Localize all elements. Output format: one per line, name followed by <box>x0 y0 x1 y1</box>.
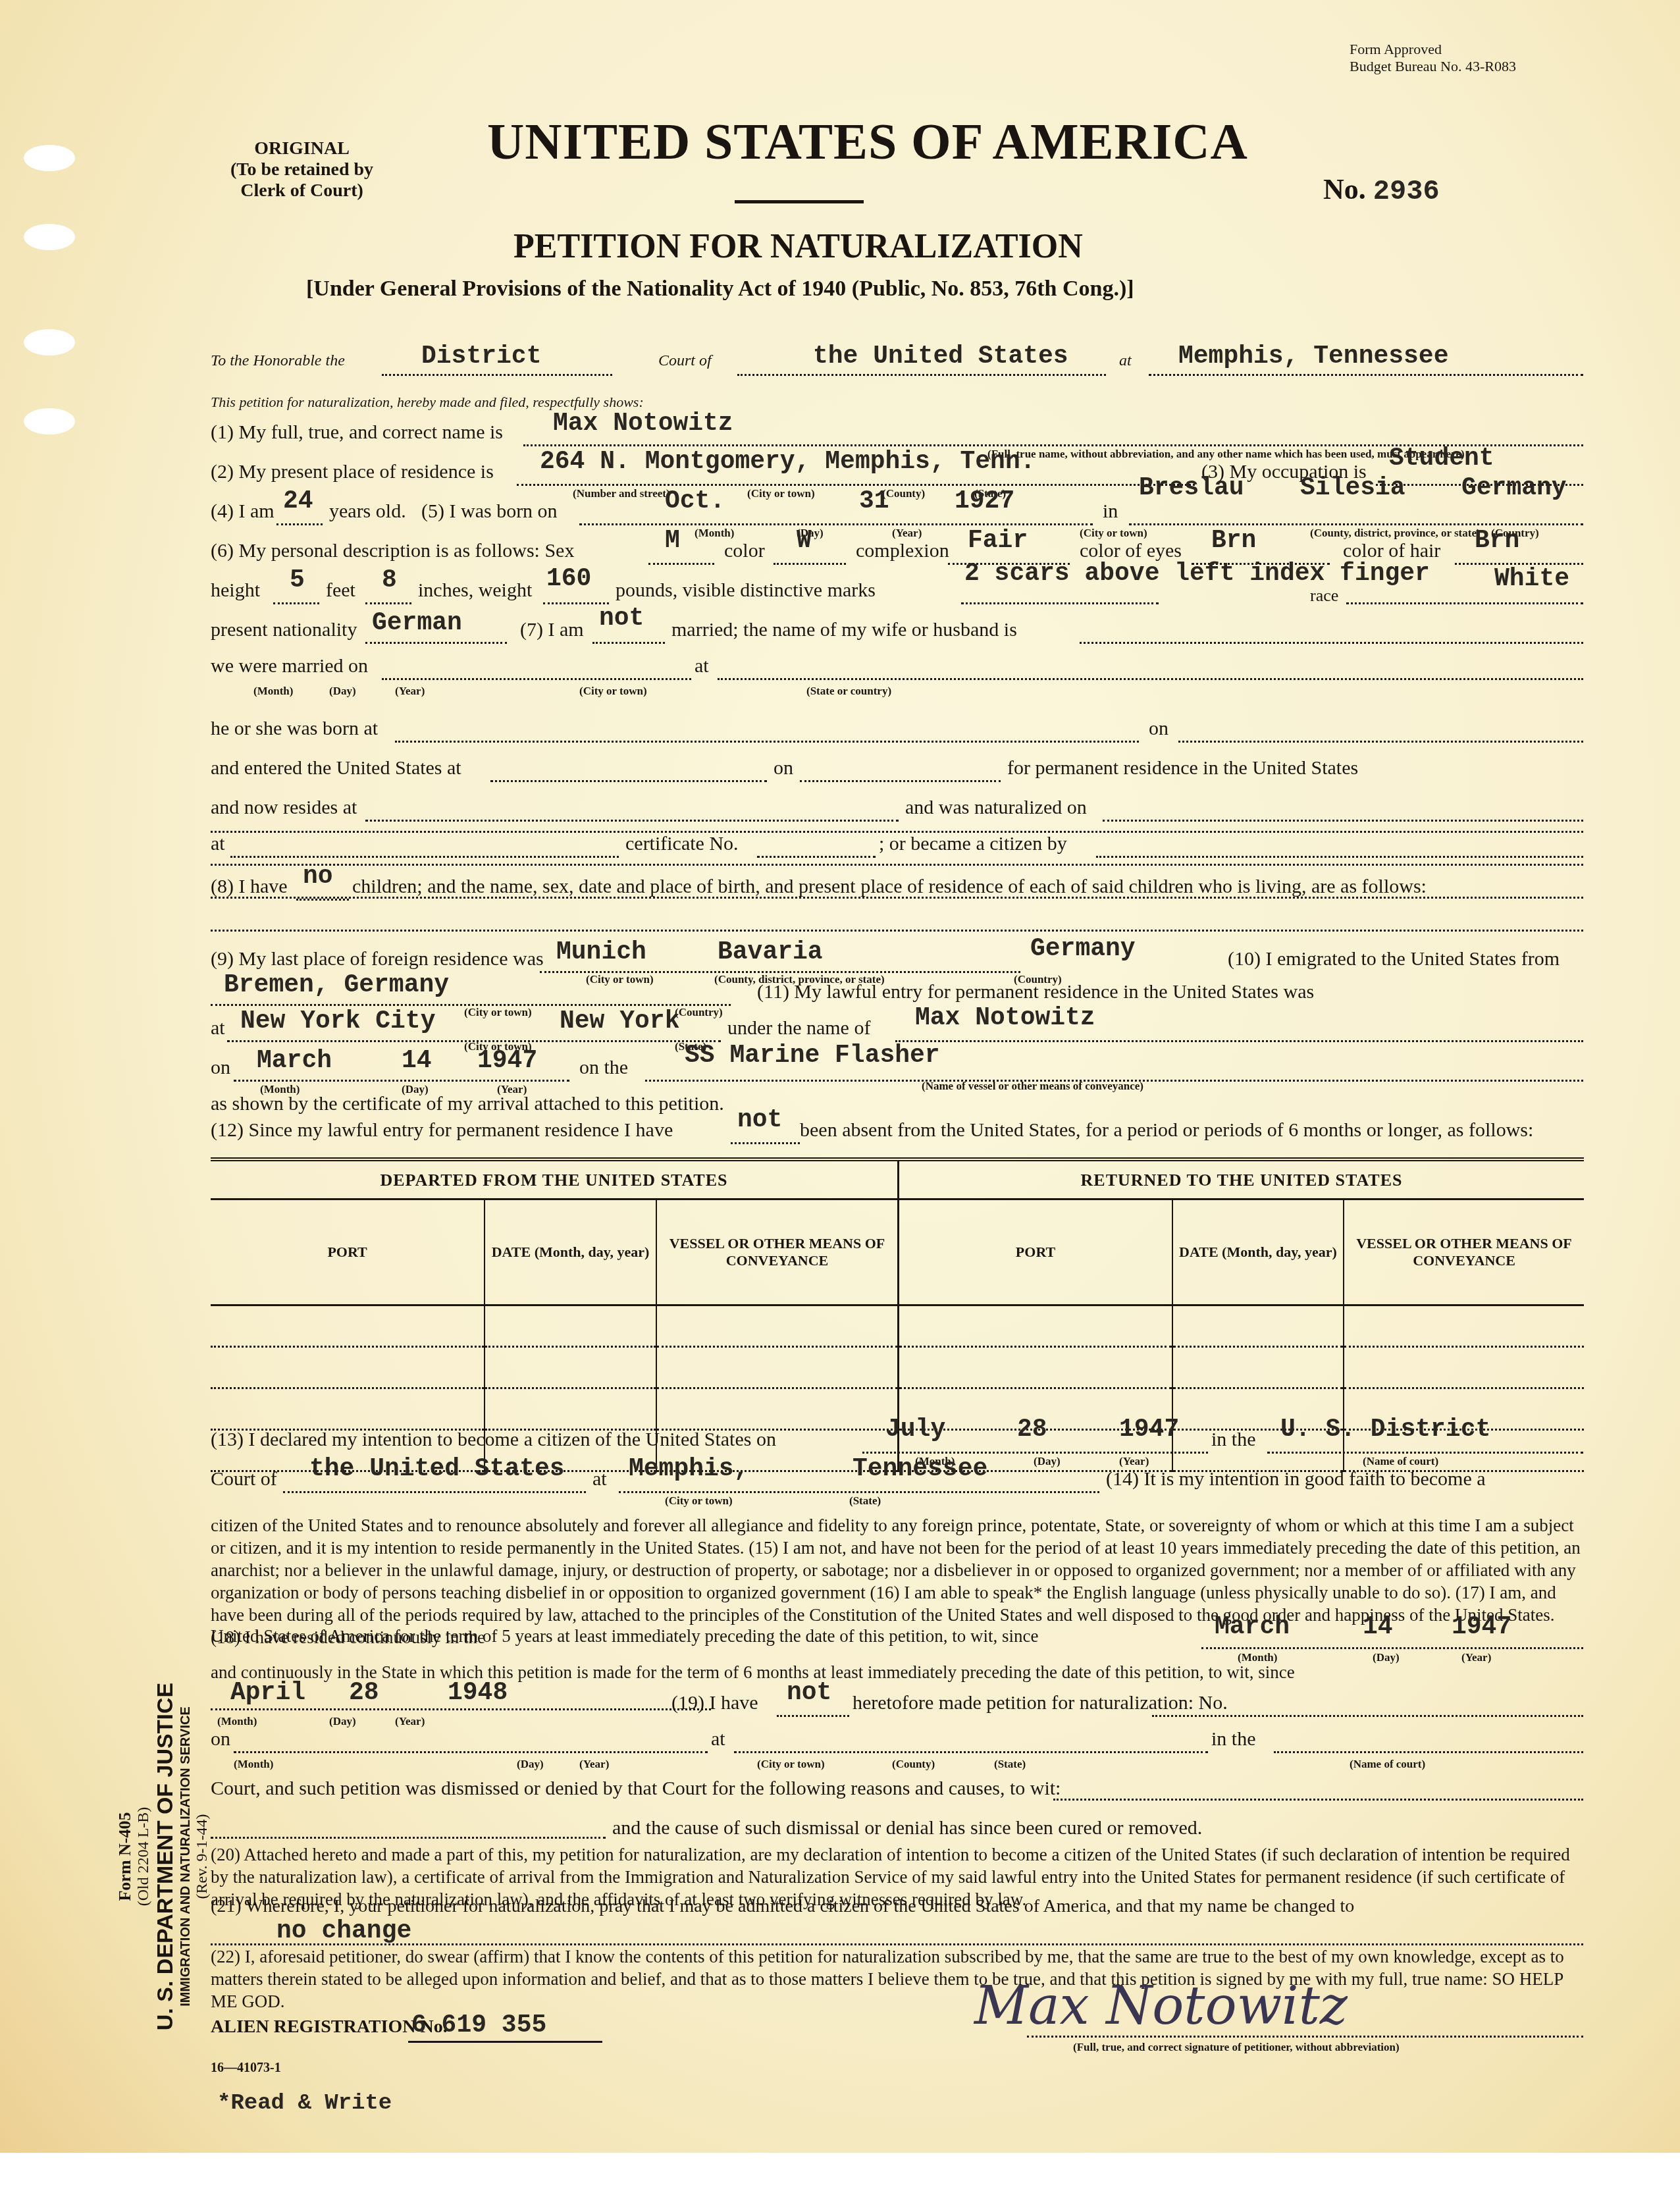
vessel-label: on the <box>579 1057 628 1079</box>
side-form-label: Form N-405 (Old 2204 L-B) U. S. DEPARTME… <box>115 1672 211 2041</box>
race-label: race <box>1310 586 1338 606</box>
caption: (City or town) <box>747 487 815 500</box>
caption: (Month) <box>253 685 293 698</box>
caption: (County) <box>892 1758 935 1771</box>
prior-petition-field[interactable]: not <box>787 1679 831 1707</box>
residence-field[interactable]: 264 N. Montgomery, Memphis, Tenn. <box>540 448 1036 476</box>
revision-date: (Rev. 9-1-44) <box>194 1672 211 2041</box>
us-residence-month-field[interactable]: March <box>1215 1613 1290 1641</box>
caption: (Day) <box>1373 1651 1400 1664</box>
petition-number: No. 2936 <box>1323 172 1440 207</box>
marital-status-field[interactable]: not <box>599 604 644 633</box>
declaration-court-field[interactable]: U. S. District <box>1280 1415 1490 1444</box>
court-of-label: Court of <box>658 352 712 370</box>
q13-label: (13) I declared my intention to become a… <box>211 1429 776 1451</box>
spouse-born-on-label: on <box>1149 718 1168 740</box>
caption: (Month) <box>217 1715 257 1728</box>
state-residence-day-field[interactable]: 28 <box>349 1679 379 1707</box>
caption: (City or town) <box>464 1006 532 1019</box>
caption: (Day) <box>517 1758 544 1771</box>
children-field[interactable]: no <box>303 862 333 891</box>
declaration-state-field[interactable]: Tennessee <box>853 1455 987 1483</box>
table-row[interactable] <box>211 1348 484 1389</box>
emigrated-from-field[interactable]: Bremen, Germany <box>224 971 449 999</box>
alien-registration-underline <box>408 2041 602 2043</box>
punch-hole <box>24 408 75 435</box>
caption: (Year) <box>579 1758 609 1771</box>
in-the-label: in the <box>1211 1429 1256 1451</box>
prior-in-the-label: in the <box>1211 1728 1256 1751</box>
foreign-country-field[interactable]: Germany <box>1030 935 1136 963</box>
q19-label: (19) I have <box>671 1692 758 1714</box>
budget-bureau-number: Budget Bureau No. 43-R083 <box>1350 58 1516 75</box>
q12-label: (12) Since my lawful entry for permanent… <box>211 1119 673 1142</box>
old-form-number: (Old 2204 L-B) <box>135 1672 153 2041</box>
q7-suffix: married; the name of my wife or husband … <box>671 619 1017 641</box>
column-header: VESSEL OR OTHER MEANS OF CONVEYANCE <box>657 1200 897 1306</box>
full-name-field[interactable]: Max Notowitz <box>553 409 733 438</box>
nationality-field[interactable]: German <box>372 609 462 637</box>
cured-label: and the cause of such dismissal or denia… <box>612 1817 1202 1839</box>
court-of-value[interactable]: the United States <box>813 342 1068 371</box>
birth-month-field[interactable]: Oct. <box>665 487 725 515</box>
petitioner-signature[interactable]: Max Notowitz <box>974 1975 1348 2036</box>
caption: (Month) <box>234 1758 273 1771</box>
height-feet-field[interactable]: 5 <box>290 566 305 594</box>
q1-label: (1) My full, true, and correct name is <box>211 421 503 444</box>
caption: (Name of court) <box>1350 1758 1425 1771</box>
vessel-field[interactable]: SS Marine Flasher <box>685 1041 940 1070</box>
birth-city-field[interactable]: Breslau <box>1139 474 1244 502</box>
caption: (Year) <box>1119 1455 1149 1468</box>
q14-lead: (14) It is my intention in good faith to… <box>1106 1468 1486 1490</box>
q5-in-label: in <box>1103 500 1118 523</box>
petition-subtitle: PETITION FOR NATURALIZATION <box>513 227 1083 266</box>
table-row[interactable] <box>485 1348 656 1389</box>
children-line[interactable] <box>211 864 1583 866</box>
table-row[interactable] <box>1344 1306 1584 1348</box>
weight-field[interactable]: 160 <box>546 565 591 593</box>
q2-label: (2) My present place of residence is <box>211 461 494 483</box>
race-field[interactable]: White <box>1494 565 1569 593</box>
q22-paragraph: (22) I, aforesaid petitioner, do swear (… <box>211 1945 1583 2013</box>
absent-field[interactable]: not <box>737 1106 782 1134</box>
birth-country-field[interactable]: Germany <box>1461 474 1567 502</box>
court-of-label: Court of <box>211 1468 277 1490</box>
nationality-label: present nationality <box>211 619 357 641</box>
column-header: PORT <box>211 1200 484 1306</box>
q4-label: (4) I am <box>211 500 275 523</box>
height-label: height <box>211 579 260 602</box>
married-on-label: we were married on <box>211 655 368 677</box>
caption: (City or town) <box>586 973 654 986</box>
name-change-field[interactable]: no change <box>276 1917 411 1945</box>
punch-hole <box>24 224 75 250</box>
us-residence-label: United States of America for the term of… <box>211 1626 1038 1647</box>
table-row[interactable] <box>211 1389 484 1431</box>
q6-label: (6) My personal description is as follow… <box>211 540 574 562</box>
q5-label: (5) I was born on <box>421 500 558 523</box>
became-citizen-label: ; or became a citizen by <box>879 833 1067 855</box>
table-row[interactable] <box>485 1306 656 1348</box>
eye-color-field[interactable]: Brn <box>1211 527 1256 555</box>
caption: (State) <box>849 1494 881 1508</box>
signature-caption: (Full, true, and correct signature of pe… <box>1073 2041 1400 2054</box>
caption: (Number and street) <box>573 487 670 500</box>
weight-label: pounds, visible distinctive marks <box>616 579 876 602</box>
complexion-field[interactable]: Fair <box>968 527 1028 555</box>
q7-label: (7) I am <box>520 619 584 641</box>
complexion-label: complexion <box>856 540 949 562</box>
state-residence-month-field[interactable]: April <box>230 1679 305 1707</box>
original-label-block: ORIGINAL (To be retained by Clerk of Cou… <box>230 138 373 201</box>
court-prefix: To the Honorable the <box>211 352 345 369</box>
caption: (Day) <box>329 685 356 698</box>
age-field[interactable]: 24 <box>283 487 313 515</box>
q10-label: (10) I emigrated to the United States fr… <box>1228 948 1560 970</box>
court-line: To the Honorable the <box>211 352 345 370</box>
table-row[interactable] <box>211 1306 484 1348</box>
cert-at-label: at <box>211 833 225 855</box>
original-note: (To be retained by <box>230 159 373 180</box>
inches-label: inches, weight <box>418 579 532 602</box>
service-name: IMMIGRATION AND NATURALIZATION SERVICE <box>178 1672 194 2041</box>
entry-city-field[interactable]: New York City <box>240 1007 435 1036</box>
entry-name-field[interactable]: Max Notowitz <box>915 1004 1095 1032</box>
height-inches-field[interactable]: 8 <box>382 566 397 594</box>
print-code: 16—41073-1 <box>211 2061 281 2076</box>
table-row[interactable] <box>657 1348 897 1389</box>
document-title: UNITED STATES OF AMERICA <box>487 112 1248 171</box>
alien-registration-number: 6 619 355 <box>411 2011 546 2040</box>
punch-hole <box>24 329 75 356</box>
court-location-value[interactable]: Memphis, Tennessee <box>1178 342 1448 371</box>
entry-year-field[interactable]: 1947 <box>477 1047 537 1075</box>
caption: (Month) <box>695 527 734 540</box>
arrival-note: as shown by the certificate of my arriva… <box>211 1093 724 1115</box>
column-header: PORT <box>899 1200 1172 1306</box>
birth-year-field[interactable]: 1927 <box>955 487 1014 515</box>
birth-day-field[interactable]: 31 <box>859 487 889 515</box>
caption: (City or town) <box>665 1494 733 1508</box>
court-at-label: at <box>1119 352 1132 370</box>
spouse-born-at-label: he or she was born at <box>211 718 378 740</box>
entry-on-label: on <box>211 1057 230 1079</box>
declaration-court-of-field[interactable]: the United States <box>309 1455 565 1483</box>
prior-at-label: at <box>711 1728 725 1751</box>
court-type-value[interactable]: District <box>421 342 541 371</box>
title-rule <box>735 200 864 203</box>
q11-label: (11) My lawful entry for permanent resid… <box>757 981 1314 1003</box>
sex-field[interactable]: M <box>665 527 680 555</box>
petition-number-value: 2936 <box>1373 176 1440 207</box>
caption: (State) <box>994 1758 1026 1771</box>
color-field[interactable]: W <box>797 527 812 555</box>
children-line[interactable] <box>211 831 1583 833</box>
declaration-year-field[interactable]: 1947 <box>1119 1415 1179 1444</box>
caption: (Year) <box>395 1715 425 1728</box>
married-at-label: at <box>695 655 709 677</box>
feet-label: feet <box>326 579 355 602</box>
q21-label: (21) Wherefore, I, your petitioner for n… <box>211 1896 1354 1917</box>
entry-at-label: at <box>211 1017 225 1040</box>
declaration-city-field[interactable]: Memphis, <box>629 1455 748 1483</box>
spouse-entered-on-label: on <box>774 757 793 779</box>
caption: (City or town) <box>1080 527 1147 540</box>
caption: (Year) <box>892 527 922 540</box>
original-note: Clerk of Court) <box>230 180 373 201</box>
state-residence-year-field[interactable]: 1948 <box>448 1679 508 1707</box>
caption: (Day) <box>329 1715 356 1728</box>
original-label: ORIGINAL <box>230 138 373 159</box>
caption: (Year) <box>1461 1651 1491 1664</box>
caption: (Name of vessel or other means of convey… <box>922 1080 1143 1093</box>
us-residence-day-field[interactable]: 14 <box>1363 1613 1393 1641</box>
caption: (State or country) <box>806 685 891 698</box>
q12-suffix: been absent from the United States, for … <box>800 1119 1533 1142</box>
departed-title: DEPARTED FROM THE UNITED STATES <box>211 1161 897 1200</box>
caption: (Country) <box>675 1006 723 1019</box>
table-row[interactable] <box>899 1348 1172 1389</box>
eyes-label: color of eyes <box>1080 540 1182 562</box>
table-row[interactable] <box>657 1389 897 1431</box>
children-line[interactable] <box>211 897 1583 899</box>
hair-label: color of hair <box>1343 540 1440 562</box>
declaration-month-field[interactable]: July <box>885 1415 945 1444</box>
dismissed-label: Court, and such petition was dismissed o… <box>211 1778 1061 1800</box>
q4-suffix: years old. <box>329 500 406 523</box>
color-label: color <box>724 540 765 562</box>
caption: (County, district, province, or state) <box>1310 527 1481 540</box>
column-header: VESSEL OR OTHER MEANS OF CONVEYANCE <box>1344 1200 1584 1306</box>
table-row[interactable] <box>657 1306 897 1348</box>
department-name: U. S. DEPARTMENT OF JUSTICE <box>153 1672 178 2041</box>
punch-hole <box>24 145 75 171</box>
caption: (City or town) <box>579 685 647 698</box>
table-row[interactable] <box>1173 1348 1343 1389</box>
certificate-no-label: certificate No. <box>625 833 739 855</box>
table-row[interactable] <box>485 1389 656 1431</box>
form-number: Form N-405 <box>115 1672 135 2041</box>
nationality-act-reference: [Under General Provisions of the Nationa… <box>306 277 1134 302</box>
naturalization-petition-document: ORIGINAL (To be retained by Clerk of Cou… <box>0 0 1680 2153</box>
q19-suffix: heretofore made petition for naturalizat… <box>853 1692 1228 1714</box>
entry-month-field[interactable]: March <box>257 1047 332 1075</box>
foreign-city-field[interactable]: Munich <box>556 938 646 966</box>
read-write-note: *Read & Write <box>217 2091 392 2116</box>
petition-number-label: No. <box>1323 173 1366 205</box>
column-header: DATE (Month, day, year) <box>1173 1200 1343 1306</box>
at-label: at <box>592 1468 607 1490</box>
entry-name-label: under the name of <box>727 1017 870 1040</box>
entry-state-field[interactable]: New York <box>560 1007 679 1036</box>
naturalized-on-label: and was naturalized on <box>905 797 1087 819</box>
table-row[interactable] <box>899 1306 1172 1348</box>
now-resides-label: and now resides at <box>211 797 357 819</box>
caption: (Name of court) <box>1363 1455 1438 1468</box>
caption: (Year) <box>395 685 425 698</box>
distinctive-marks-field[interactable]: 2 scars above left index finger <box>964 560 1430 588</box>
table-row[interactable] <box>1344 1348 1584 1389</box>
form-approved: Form Approved Budget Bureau No. 43-R083 <box>1350 41 1516 75</box>
table-row[interactable] <box>1173 1306 1343 1348</box>
dismissal-reason-line[interactable] <box>211 1837 606 1839</box>
q8-label: (8) I have <box>211 876 288 898</box>
petition-intro: This petition for naturalization, hereby… <box>211 394 644 411</box>
foreign-province-field[interactable]: Bavaria <box>718 938 823 966</box>
column-header: DATE (Month, day, year) <box>485 1200 656 1306</box>
caption: (Day) <box>1034 1455 1061 1468</box>
caption: (City or town) <box>757 1758 825 1771</box>
form-approved-text: Form Approved <box>1350 41 1516 58</box>
hair-color-field[interactable]: Brn <box>1475 527 1519 555</box>
q9-label: (9) My last place of foreign residence w… <box>211 948 544 970</box>
prior-on-label: on <box>211 1728 230 1751</box>
for-permanent-residence-label: for permanent residence in the United St… <box>1007 757 1358 779</box>
us-residence-year-field[interactable]: 1947 <box>1452 1613 1511 1641</box>
occupation-field[interactable]: Student <box>1389 444 1494 473</box>
declaration-day-field[interactable]: 28 <box>1017 1415 1047 1444</box>
birth-province-field[interactable]: Silesia <box>1300 474 1405 502</box>
spouse-entered-label: and entered the United States at <box>211 757 461 779</box>
returned-title: RETURNED TO THE UNITED STATES <box>899 1161 1584 1200</box>
entry-day-field[interactable]: 14 <box>402 1047 432 1075</box>
children-line[interactable] <box>211 930 1583 932</box>
q8-suffix: children; and the name, sex, date and pl… <box>352 876 1427 898</box>
departed-section: DEPARTED FROM THE UNITED STATES PORT DAT… <box>211 1161 897 1472</box>
